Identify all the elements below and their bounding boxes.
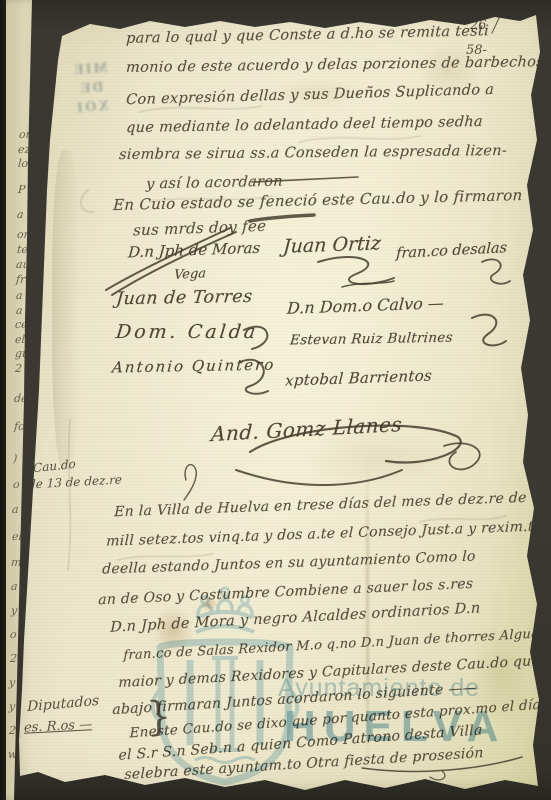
margin-brace: } [145, 694, 172, 741]
prev-page-text-fragment: a [16, 289, 23, 302]
signature: D.n Jph de Moras [127, 239, 260, 262]
prev-page-text-fragment: me [11, 556, 29, 569]
signature: xptobal Barrientos [284, 366, 432, 389]
prev-page-text-fragment: a [12, 503, 19, 516]
prev-page-text-fragment: 2 [9, 724, 17, 737]
text-line: y así lo acordaron [146, 174, 284, 193]
prev-page-text-fragment: y [9, 676, 16, 689]
signature: Dom. Calda [115, 321, 260, 343]
manuscript-page: MIE DE XOI [0, 0, 551, 800]
signature: Juan de Torres [115, 287, 253, 309]
manuscript-scan: onezloPaoreteraufraaaceelgue2defo)oaelme… [0, 0, 551, 800]
stamp-line: XOI [57, 96, 128, 120]
prev-page-text-fragment: gue [15, 347, 37, 360]
signature: fran.co desalas [396, 240, 508, 262]
prev-page-text-fragment: ez [18, 143, 31, 156]
prev-page-text-fragment: on [19, 128, 34, 141]
margin-note-cabildo-line1: Cau.do [33, 457, 76, 475]
text-line: deella estando Juntos en su ayuntamiento… [102, 548, 476, 577]
prev-page-text-fragment: de [14, 392, 28, 405]
prev-page-text-fragment: a [11, 580, 18, 593]
prev-page-text-fragment: el [12, 530, 23, 543]
prev-page-text-fragment: lo [18, 157, 29, 170]
signature: D.n Dom.o Calvo — [286, 293, 444, 318]
text-line: siembra se sirua ss.a Conseden la espres… [119, 143, 508, 163]
prev-page-text-fragment: w [8, 748, 18, 761]
prev-page-text-fragment: ) [13, 452, 18, 465]
prev-page-text-fragment: o [10, 628, 18, 641]
prev-page-text-fragment: yu [9, 700, 23, 713]
prev-page-text-fragment: fra [16, 273, 33, 286]
text-line: para lo qual y que Conste a d.ho se remi… [126, 23, 490, 47]
prev-page-text-fragment: y [11, 604, 18, 617]
margin-note-cabildo-line2: de 13 de dez.re [28, 473, 122, 492]
text-line: que mediante lo adelantado deel tiempo s… [126, 114, 484, 136]
prev-page-text-fragment: el [15, 333, 26, 346]
prev-page-text-fragment: ce [15, 318, 29, 331]
prev-page-text-fragment: ter [17, 243, 34, 256]
prev-page-text-fragment: 2 [10, 652, 18, 665]
text-line: monio de este acuerdo y delas porziones … [126, 54, 545, 76]
text-line: D.n Jph de Mora y negro Alcaldes ordinar… [110, 600, 480, 635]
signature: Vega [174, 266, 207, 283]
margin-note-diputados-line2: es. R.os — [24, 717, 92, 736]
prev-page-text-fragment: ore [17, 228, 36, 241]
signature: Juan Ortiz [282, 232, 381, 257]
prev-page-text-fragment: o [13, 478, 21, 491]
signature: And. Gomz Llanes [210, 412, 402, 446]
prev-page-text-fragment: 2 [15, 362, 23, 375]
text-line: Con expresión dellas y sus Dueños Suplic… [126, 82, 495, 108]
text-line: mill setez.tos vinq.ta y dos a.te el Con… [106, 518, 543, 549]
text-line: En la Villa de Huelva en trese días del … [114, 490, 527, 520]
prev-page-text-fragment: fo [14, 420, 26, 433]
signature: Estevan Ruiz Bultrines [289, 330, 453, 349]
text-line: sus mrds doy fee [133, 217, 267, 240]
prev-page-text-fragment: P [18, 183, 26, 196]
margin-note-diputados-line1: Diputados [27, 693, 99, 715]
prev-page-text-fragment: a [16, 304, 23, 317]
signature: Antonio Quintero [111, 356, 276, 377]
archive-stamp-showthrough: MIE DE XOI [54, 58, 128, 120]
prev-page-text-fragment: a [17, 208, 24, 221]
prev-page-text-fragment: au [16, 258, 31, 271]
paper-stain [52, 150, 80, 470]
